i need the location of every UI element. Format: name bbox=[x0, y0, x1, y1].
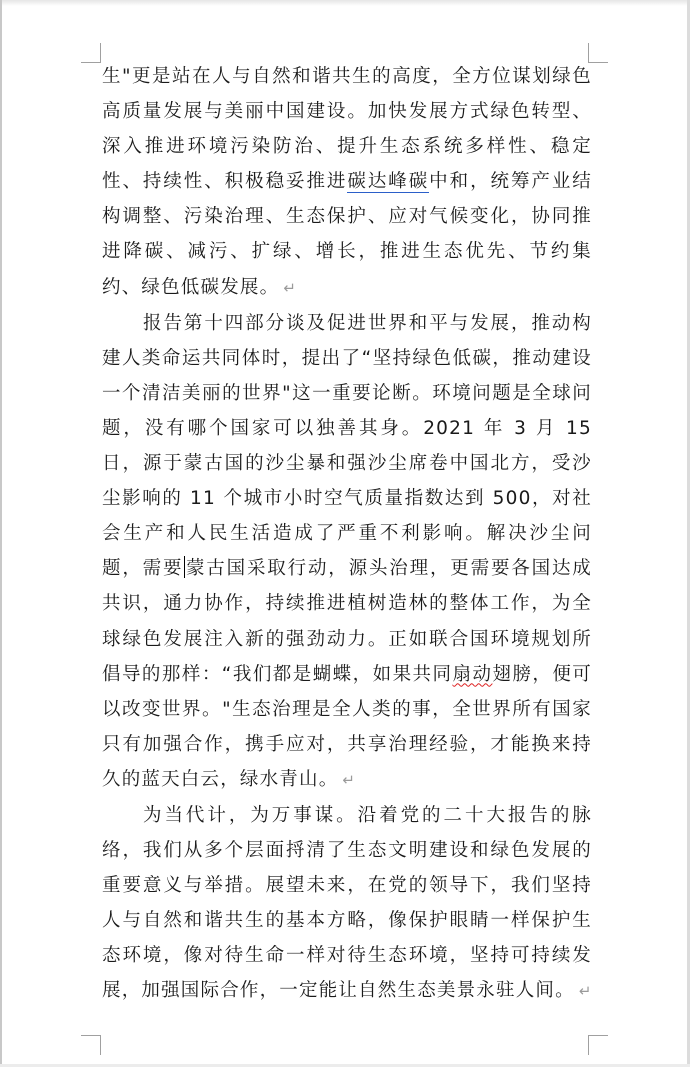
paragraph-2-text-part1: 报告第十四部分谈及促进世界和平与发展，推动构建人类命运共同体时，提出了“坚持绿色… bbox=[102, 313, 592, 580]
page-left-border bbox=[0, 0, 2, 1067]
paragraph-2[interactable]: 报告第十四部分谈及促进世界和平与发展，推动构建人类命运共同体时，提出了“坚持绿色… bbox=[102, 306, 592, 798]
crop-mark-bottom-right bbox=[588, 1035, 608, 1055]
paragraph-mark-icon: ↵ bbox=[342, 771, 355, 789]
paragraph-mark-icon: ↵ bbox=[283, 279, 296, 297]
document-body[interactable]: 生"更是站在人与自然和谐共生的高度，全方位谋划绿色高质量发展与美丽中国建设。加快… bbox=[102, 59, 592, 1010]
page-top-shadow bbox=[0, 0, 690, 6]
crop-mark-bottom-left bbox=[81, 1035, 101, 1055]
spellcheck-flagged-word[interactable]: 扇动 bbox=[452, 664, 492, 685]
crop-mark-top-left bbox=[81, 43, 101, 63]
paragraph-mark-icon: ↵ bbox=[579, 982, 592, 1000]
paragraph-3-text: 为当代计，为万事谋。沿着党的二十大报告的脉络，我们从多个层面捋清了生态文明建设和… bbox=[102, 805, 592, 1001]
paragraph-1[interactable]: 生"更是站在人与自然和谐共生的高度，全方位谋划绿色高质量发展与美丽中国建设。加快… bbox=[102, 59, 592, 306]
paragraph-3[interactable]: 为当代计，为万事谋。沿着党的二十大报告的脉络，我们从多个层面捋清了生态文明建设和… bbox=[102, 798, 592, 1010]
grammar-underlined-phrase[interactable]: 碳达峰碳 bbox=[347, 171, 429, 193]
